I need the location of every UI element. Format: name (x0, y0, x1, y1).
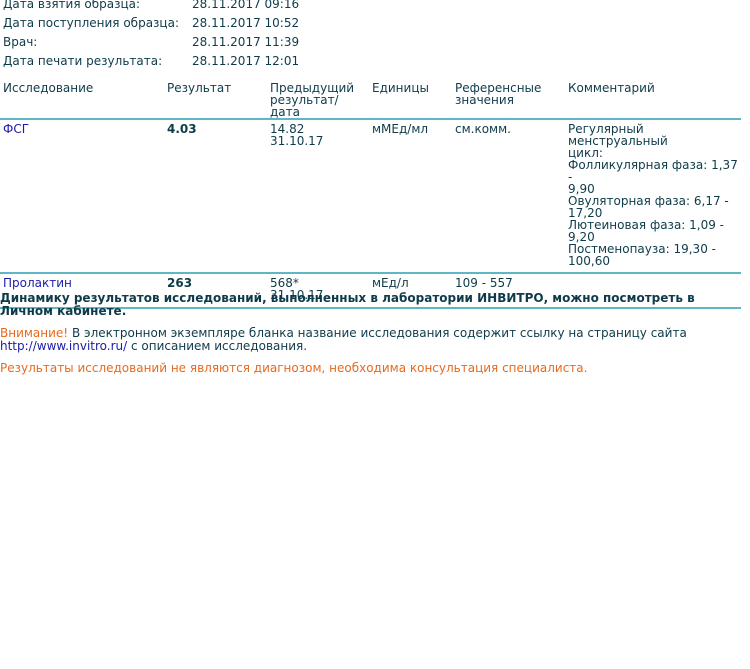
attention-note: Внимание! В электронном экземпляре бланк… (0, 327, 745, 353)
header-previous: Предыдущий результат/дата (267, 81, 369, 119)
reference-values: см.комм. (452, 119, 565, 273)
results-header-row: Исследование Результат Предыдущий резуль… (0, 81, 741, 119)
previous-date: 31.10.17 (270, 135, 366, 147)
units: мМЕд/мл (369, 119, 452, 273)
invitro-site-link[interactable]: http://www.invitro.ru/ (0, 339, 127, 353)
notes-section: Динамику результатов исследований, выпол… (0, 292, 745, 375)
comment-line: Регулярный менструальный (568, 123, 738, 147)
attention-text: В электронном экземпляре бланка название… (68, 326, 687, 340)
comment: Регулярный менструальный цикл: Фолликуля… (565, 119, 741, 273)
header-test: Исследование (0, 81, 164, 119)
previous-result: 14.82 31.10.17 (267, 119, 369, 273)
attention-label: Внимание! (0, 326, 68, 340)
header-reference-line2: значения (455, 94, 562, 106)
print-date-value: 28.11.2017 12:01 (192, 54, 299, 68)
doctor-value: 28.11.2017 11:39 (192, 35, 299, 49)
print-date-label: Дата печати результата: (3, 54, 162, 68)
comment-line: Фолликулярная фаза: 1,37 - (568, 159, 738, 183)
header-comment: Комментарий (565, 81, 741, 119)
header-units: Единицы (369, 81, 452, 119)
sample-received-value: 28.11.2017 10:52 (192, 16, 299, 30)
header-reference: Референсные значения (452, 81, 565, 119)
attention-tail: с описанием исследования. (127, 339, 307, 353)
results-table: Исследование Результат Предыдущий резуль… (0, 81, 741, 309)
test-link-prolactin[interactable]: Пролактин (3, 276, 72, 290)
disclaimer: Результаты исследований не являются диаг… (0, 362, 745, 375)
sample-received-label: Дата поступления образца: (3, 16, 179, 30)
comment-line: 100,60 (568, 255, 738, 267)
header-result: Результат (164, 81, 267, 119)
test-link-fsh[interactable]: ФСГ (3, 122, 29, 136)
test-name-cell: ФСГ (0, 119, 164, 273)
doctor-label: Врач: (3, 35, 37, 49)
sample-taken-label: Дата взятия образца: (3, 0, 140, 11)
result-value: 4.03 (164, 119, 267, 273)
sample-taken-value: 28.11.2017 09:16 (192, 0, 299, 11)
dynamics-note: Динамику результатов исследований, выпол… (0, 292, 745, 318)
header-previous-line2: результат/дата (270, 94, 366, 118)
table-row: ФСГ 4.03 14.82 31.10.17 мМЕд/мл см.комм.… (0, 119, 741, 273)
